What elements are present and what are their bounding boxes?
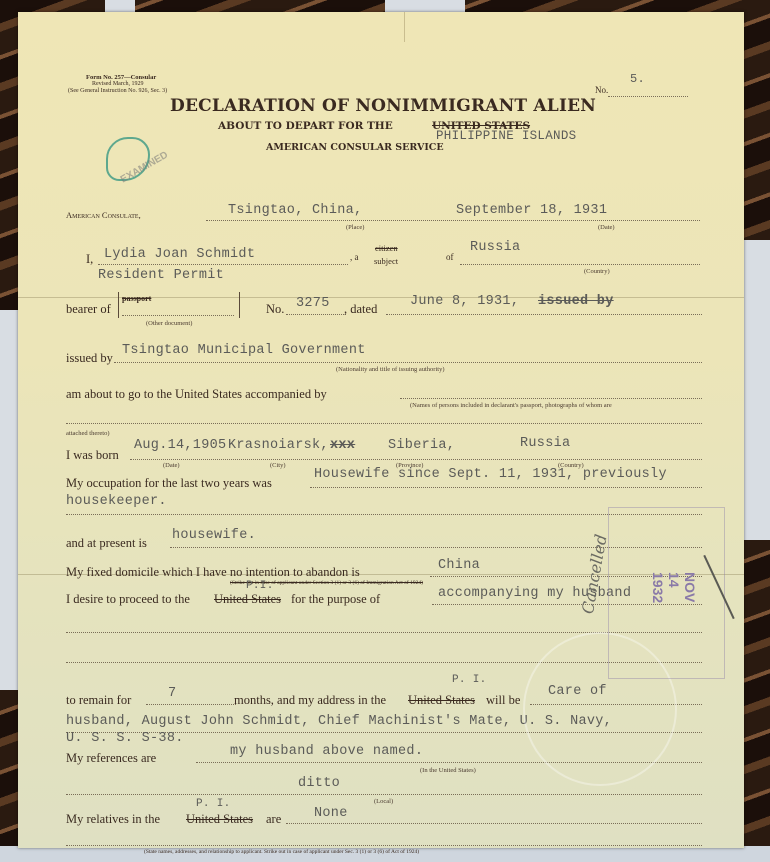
relatives-line bbox=[286, 823, 702, 824]
occupation-label: My occupation for the last two years was bbox=[66, 476, 272, 491]
purpose-typed-above: P.I. bbox=[246, 580, 274, 592]
occupation-value-1: Housewife since Sept. 11, 1931, previous… bbox=[314, 467, 667, 482]
remain-label-prefix: to remain for bbox=[66, 693, 131, 708]
purpose-value: accompanying my husband bbox=[438, 586, 631, 601]
accompanied-label: am about to go to the United States acco… bbox=[66, 387, 327, 402]
consulate-label: American Consulate, bbox=[66, 210, 141, 220]
service-name: AMERICAN CONSULAR SERVICE bbox=[266, 142, 444, 153]
months-value: 7 bbox=[168, 686, 176, 701]
country-caption: (Country) bbox=[584, 268, 610, 275]
declarant-name: Lydia Joan Schmidt bbox=[104, 247, 255, 262]
birth-city: Krasnoiarsk, bbox=[228, 438, 329, 453]
document-title: DECLARATION OF NONIMMIGRANT ALIEN bbox=[170, 96, 596, 116]
birth-province: Siberia, bbox=[388, 438, 455, 453]
purpose-label-suffix: for the purpose of bbox=[291, 592, 380, 607]
born-line bbox=[130, 459, 702, 460]
remain-struck: United States bbox=[408, 693, 475, 708]
months-line bbox=[146, 704, 236, 705]
consulate-place: Tsingtao, China, bbox=[228, 203, 362, 218]
bearer-label: bearer of bbox=[66, 302, 111, 317]
birth-date-caption: (Date) bbox=[163, 462, 180, 469]
number-value: 5. bbox=[630, 72, 645, 86]
status-struck: citizen bbox=[375, 243, 398, 253]
birth-date: Aug.14,1905 bbox=[134, 438, 226, 453]
document-no-line bbox=[286, 314, 346, 315]
occupation-line-2 bbox=[66, 514, 702, 515]
references-local-line bbox=[66, 794, 702, 795]
form-revised: Revised March, 1929 bbox=[92, 81, 144, 87]
remain-typed-above: P. I. bbox=[452, 674, 487, 686]
background-surface bbox=[740, 240, 770, 540]
occupation-line bbox=[310, 487, 702, 488]
document-type-typed: Resident Permit bbox=[98, 268, 224, 283]
references-local-value: ditto bbox=[298, 776, 340, 791]
name-line bbox=[98, 264, 348, 265]
form-instruction: (See General Instruction No. 926, Sec. 3… bbox=[68, 88, 167, 94]
dated-line bbox=[386, 314, 702, 315]
relatives-label-suffix: are bbox=[266, 812, 281, 827]
born-label: I was born bbox=[66, 448, 119, 463]
a-label: , a bbox=[350, 252, 359, 262]
domicile-value: China bbox=[438, 558, 480, 573]
birth-city-caption: (City) bbox=[270, 462, 286, 469]
declarant-prefix: I, bbox=[86, 252, 93, 267]
subtitle-typed: PHILIPPINE ISLANDS bbox=[436, 129, 576, 143]
relatives-struck: United States bbox=[186, 812, 253, 827]
accompanied-line bbox=[400, 398, 702, 399]
other-doc-line bbox=[122, 315, 234, 316]
dated-label: , dated bbox=[344, 302, 377, 317]
accompanied-line-2 bbox=[66, 423, 702, 424]
present-value: housewife. bbox=[172, 528, 256, 543]
dated-value: June 8, 1931, bbox=[410, 294, 519, 309]
document-number: 3275 bbox=[296, 296, 330, 311]
issued-value: Tsingtao Municipal Government bbox=[122, 343, 366, 358]
declaration-document: Form No. 257—Consular Revised March, 192… bbox=[18, 12, 744, 848]
document-no-label: No. bbox=[266, 302, 284, 317]
consulate-date: September 18, 1931 bbox=[456, 203, 607, 218]
struck-typed-text: issued by bbox=[538, 294, 614, 309]
remain-label-mid: months, and my address in the bbox=[234, 693, 386, 708]
consulate-line bbox=[206, 220, 700, 221]
domicile-label: My fixed domicile which I have no intent… bbox=[66, 565, 360, 580]
present-label: and at present is bbox=[66, 536, 147, 551]
references-label: My references are bbox=[66, 751, 156, 766]
relatives-typed-above: P. I. bbox=[196, 798, 231, 810]
occupation-value-2: housekeeper. bbox=[66, 494, 167, 509]
accompanied-caption-1: (Names of persons included in declarant'… bbox=[410, 402, 612, 409]
other-doc-caption: (Other document) bbox=[146, 320, 192, 327]
birth-city-struck: xxx bbox=[330, 438, 355, 453]
issued-caption: (Nationality and title of issuing author… bbox=[336, 366, 445, 373]
country-line bbox=[460, 264, 700, 265]
references-us-value: my husband above named. bbox=[230, 744, 423, 759]
birth-country: Russia bbox=[520, 436, 570, 451]
number-line bbox=[608, 96, 688, 97]
relatives-value: None bbox=[314, 806, 348, 821]
remain-label-suffix: will be bbox=[486, 693, 520, 708]
place-caption: (Place) bbox=[346, 224, 364, 231]
status-value: subject bbox=[374, 256, 398, 266]
references-local-caption: (Local) bbox=[374, 798, 393, 805]
accompanied-caption-2: attached thereto) bbox=[66, 430, 110, 437]
form-number: Form No. 257—Consular bbox=[86, 74, 156, 81]
declarant-country: Russia bbox=[470, 240, 520, 255]
date-caption: (Date) bbox=[598, 224, 615, 231]
purple-date-stamp: NOV 14 1932 bbox=[650, 572, 698, 618]
issued-line bbox=[114, 362, 702, 363]
relatives-caption: (State names, addresses, and relationshi… bbox=[144, 849, 419, 855]
address-value-3: U. S. S. S-38. bbox=[66, 731, 184, 746]
of-label: of bbox=[446, 252, 454, 262]
issued-label: issued by bbox=[66, 351, 113, 366]
relatives-line-2 bbox=[66, 845, 702, 846]
references-us-caption: (In the United States) bbox=[420, 767, 476, 774]
subtitle-prefix: ABOUT TO DEPART FOR THE bbox=[218, 120, 393, 132]
purpose-label-prefix: I desire to proceed to the bbox=[66, 592, 190, 607]
relatives-label-prefix: My relatives in the bbox=[66, 812, 160, 827]
purpose-struck: United States bbox=[214, 592, 281, 607]
number-label: No. bbox=[595, 85, 608, 95]
fold-line bbox=[404, 12, 405, 42]
